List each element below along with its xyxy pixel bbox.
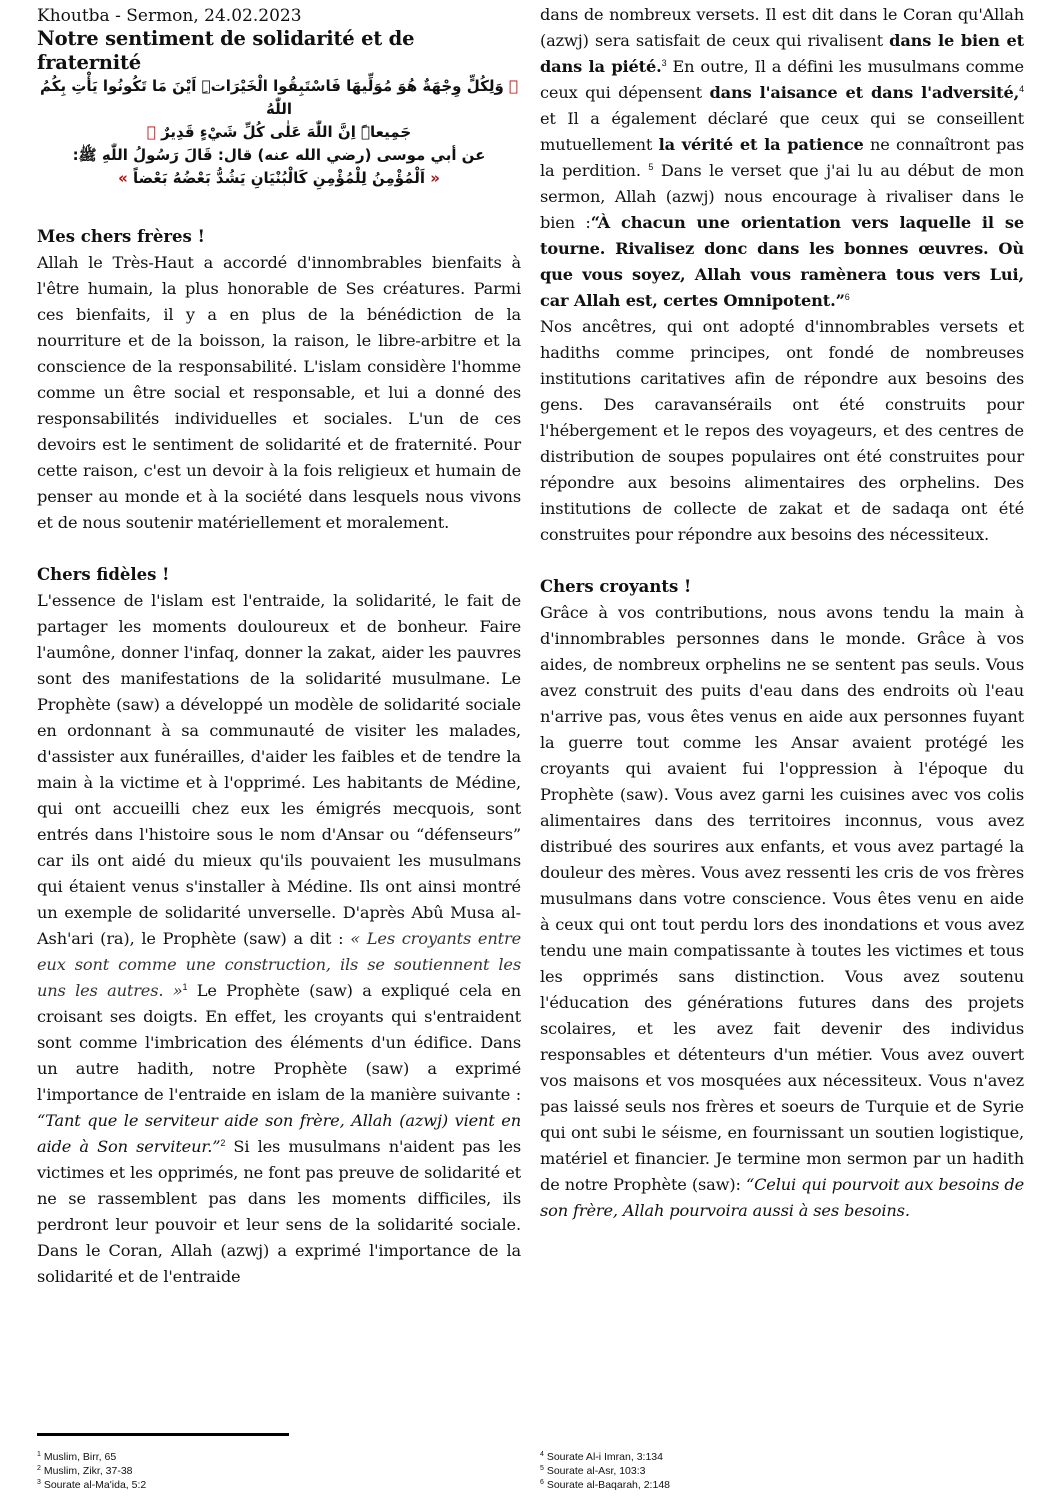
section-body-2: L'essence de l'islam est l'entraide, la … bbox=[37, 588, 521, 1290]
section-body-3: Grâce à vos contributions, nous avons te… bbox=[540, 600, 1024, 1224]
footnote-1: 1 Muslim, Birr, 65 bbox=[37, 1450, 437, 1464]
bold-phrase-3: la vérité et la patience bbox=[659, 135, 864, 154]
footnote-6: 6 Sourate al-Baqarah, 2:148 bbox=[540, 1478, 940, 1492]
footnote-text: Sourate al-Asr, 103:3 bbox=[544, 1465, 646, 1477]
footnotes-left: 1 Muslim, Birr, 65 2 Muslim, Zikr, 37-38… bbox=[37, 1450, 437, 1492]
page-title: Notre sentiment de solidarité et de frat… bbox=[37, 27, 521, 75]
hadith-close-quote: » bbox=[118, 169, 128, 187]
footnote-text: Sourate al-Baqarah, 2:148 bbox=[544, 1479, 670, 1491]
quran-verse: ﴿ وَلِكُلٍّ وِجْهَةٌ هُوَ مُوَلِّيهَا فَ… bbox=[37, 75, 521, 121]
quran-quote-bold: “À chacun une orientation vers laquelle … bbox=[540, 213, 1024, 310]
footnote-text: Sourate al-Ma'ida, 5:2 bbox=[41, 1479, 146, 1491]
footnote-2: 2 Muslim, Zikr, 37-38 bbox=[37, 1464, 437, 1478]
section-body-2-cont: dans de nombreux versets. Il est dit dan… bbox=[540, 2, 1024, 314]
text-run: Grâce à vos contributions, nous avons te… bbox=[540, 603, 1024, 1194]
section-heading-2: Chers fidèles ! bbox=[37, 562, 521, 588]
section-body-2-end: Nos ancêtres, qui ont adopté d'innombrab… bbox=[540, 314, 1024, 548]
verse-line-1: وَلِكُلٍّ وِجْهَةٌ هُوَ مُوَلِّيهَا فَاس… bbox=[40, 77, 504, 118]
section-heading-3: Chers croyants ! bbox=[540, 574, 1024, 600]
verse-open-bracket: ﴿ bbox=[509, 77, 518, 95]
footnote-ref-4[interactable]: 4 bbox=[1019, 84, 1024, 94]
hadith-intro: عن أبي موسى (رضي الله عنه) قال: قَالَ رَ… bbox=[37, 144, 521, 167]
section-heading-1: Mes chers frères ! bbox=[37, 224, 521, 250]
footnote-4: 4 Sourate Al-i Imran, 3:134 bbox=[540, 1450, 940, 1464]
right-column: dans de nombreux versets. Il est dit dan… bbox=[540, 2, 1024, 1224]
hadith-text: اَلْمُؤْمِنُ لِلْمُؤْمِنِ كَالْبُنْيَانِ… bbox=[133, 169, 425, 187]
text-run-left-end: Si les musulmans n'aident pas les victim… bbox=[37, 1137, 521, 1286]
bold-phrase-2: dans l'aisance et dans l'adversité, bbox=[709, 83, 1019, 102]
hadith-arabic: « اَلْمُؤْمِنُ لِلْمُؤْمِنِ كَالْبُنْيَا… bbox=[37, 167, 521, 190]
text-run: L'essence de l'islam est l'entraide, la … bbox=[37, 591, 521, 948]
section-body-1: Allah le Très-Haut a accordé d'innombrab… bbox=[37, 250, 521, 536]
footnotes-right: 4 Sourate Al-i Imran, 3:134 5 Sourate al… bbox=[540, 1450, 940, 1492]
hadith-open-quote: « bbox=[430, 169, 440, 187]
footnote-text: Muslim, Birr, 65 bbox=[41, 1451, 116, 1463]
footnote-3: 3 Sourate al-Ma'ida, 5:2 bbox=[37, 1478, 437, 1492]
verse-line-2: جَمِيعاًۜ اِنَّ اللّٰهَ عَلٰى كُلِّ شَيْ… bbox=[161, 123, 411, 141]
left-column: Khoutba - Sermon, 24.02.2023 Notre senti… bbox=[37, 0, 521, 1290]
footnote-text: Muslim, Zikr, 37-38 bbox=[41, 1465, 133, 1477]
footnote-ref-6[interactable]: 6 bbox=[845, 292, 850, 302]
quran-verse-cont: جَمِيعاًۜ اِنَّ اللّٰهَ عَلٰى كُلِّ شَيْ… bbox=[37, 121, 521, 144]
document-subtitle: Khoutba - Sermon, 24.02.2023 bbox=[37, 5, 521, 27]
verse-close-bracket: ﴾ bbox=[147, 123, 156, 141]
footnote-5: 5 Sourate al-Asr, 103:3 bbox=[540, 1464, 940, 1478]
footnote-separator bbox=[37, 1433, 289, 1436]
footnote-text: Sourate Al-i Imran, 3:134 bbox=[544, 1451, 663, 1463]
